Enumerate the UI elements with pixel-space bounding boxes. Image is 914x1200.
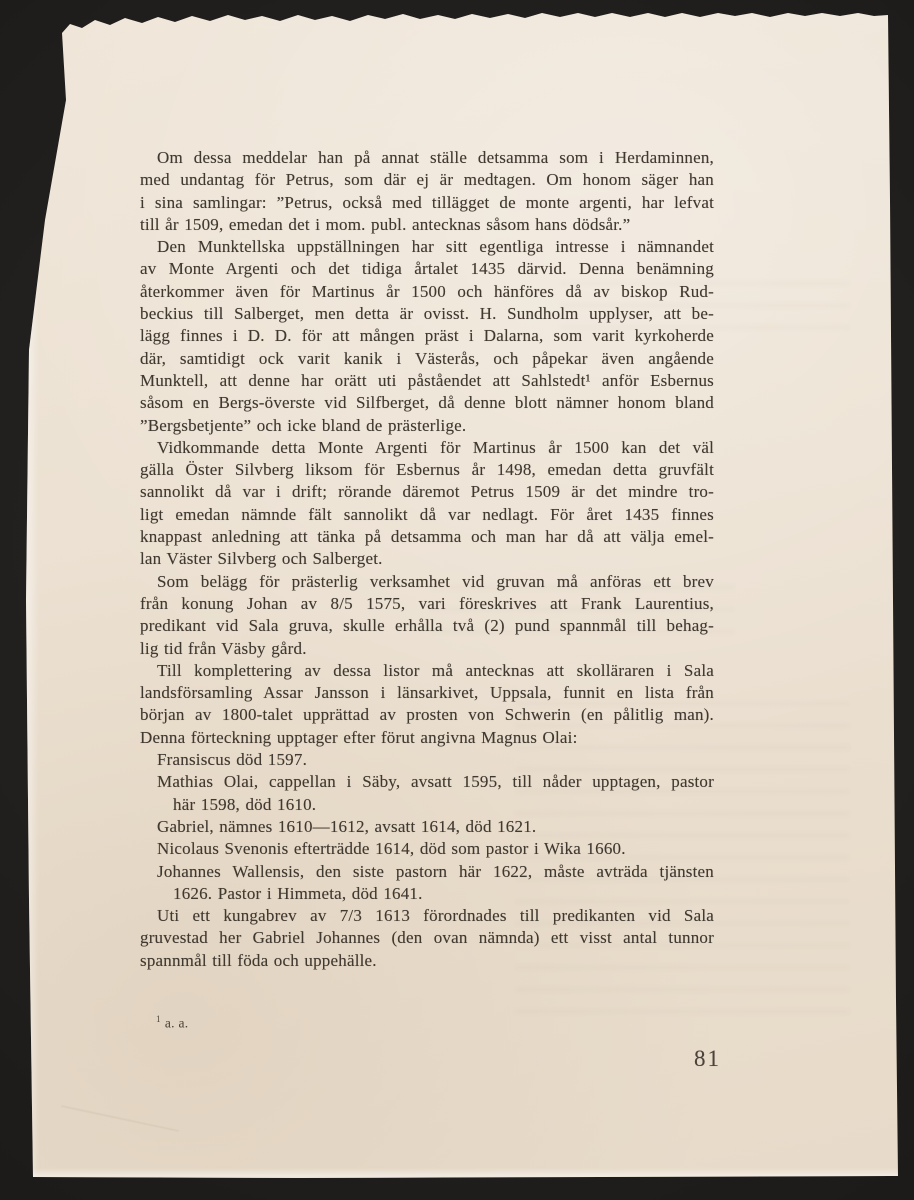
text-line: med undantag för Petrus, som där ej är m… xyxy=(140,169,714,191)
text-line: beckius till Salberget, men detta är ovi… xyxy=(140,303,714,325)
text-line: där, samtidigt ock varit kanik i Västerå… xyxy=(140,348,714,370)
text-line: från konung Johan av 8/5 1575, vari före… xyxy=(140,593,714,615)
text-line: Uti ett kungabrev av 7/3 1613 förordnade… xyxy=(140,905,714,927)
text-line: början av 1800-talet upprättad av proste… xyxy=(140,704,714,726)
text-line: Nicolaus Svenonis efterträdde 1614, död … xyxy=(140,838,714,860)
text-line: Johannes Wallensis, den siste pastorn hä… xyxy=(140,861,714,883)
list-item: Fransiscus död 1597. xyxy=(140,749,714,771)
text-line: sannolikt då var i drift; rörande däremo… xyxy=(140,481,714,503)
text-line: här 1598, död 1610. xyxy=(140,794,714,816)
footnote-text: a. a. xyxy=(165,1016,189,1031)
list-item: Johannes Wallensis, den siste pastorn hä… xyxy=(140,861,714,906)
text-block: Om dessa meddelar han på annat ställe de… xyxy=(140,147,714,972)
text-line: till år 1509, emedan det i mom. publ. an… xyxy=(140,214,714,236)
paragraph: Uti ett kungabrev av 7/3 1613 förordnade… xyxy=(140,905,714,972)
page-number: 81 xyxy=(694,1046,721,1072)
book-page: Om dessa meddelar han på annat ställe de… xyxy=(0,0,914,1200)
text-line: landsförsamling Assar Jansson i länsarki… xyxy=(140,682,714,704)
text-line: återkommer även för Martinus år 1500 och… xyxy=(140,281,714,303)
text-line: gälla Öster Silvberg liksom för Esbernus… xyxy=(140,459,714,481)
text-line: såsom en Bergs-överste vid Silfberget, d… xyxy=(140,392,714,414)
paragraph: Den Munktellska uppställningen har sitt … xyxy=(140,236,714,437)
text-line: Vidkommande detta Monte Argenti för Mart… xyxy=(140,437,714,459)
paragraph: Till komplettering av dessa listor må an… xyxy=(140,660,714,749)
paragraph: Som belägg för prästerlig verksamhet vid… xyxy=(140,571,714,660)
paragraph: Om dessa meddelar han på annat ställe de… xyxy=(140,147,714,236)
text-line: av Monte Argenti och det tidiga årtalet … xyxy=(140,258,714,280)
text-line: knappast anledning att tänka på detsamma… xyxy=(140,526,714,548)
list-item: Gabriel, nämnes 1610—1612, avsatt 1614, … xyxy=(140,816,714,838)
text-line: lig tid från Väsby gård. xyxy=(140,638,714,660)
footnote: 1a. a. xyxy=(156,1014,188,1032)
list-item: Mathias Olai, cappellan i Säby, avsatt 1… xyxy=(140,771,714,816)
list-item: Nicolaus Svenonis efterträdde 1614, död … xyxy=(140,838,714,860)
text-line: spannmål till föda och uppehälle. xyxy=(140,950,714,972)
text-line: Om dessa meddelar han på annat ställe de… xyxy=(140,147,714,169)
text-line: Mathias Olai, cappellan i Säby, avsatt 1… xyxy=(140,771,714,793)
text-line: Den Munktellska uppställningen har sitt … xyxy=(140,236,714,258)
text-line: Fransiscus död 1597. xyxy=(140,749,714,771)
paper-left-edge-highlight xyxy=(25,30,39,1180)
paragraph: Vidkommande detta Monte Argenti för Mart… xyxy=(140,437,714,571)
text-line: predikant vid Sala gruva, skulle erhålla… xyxy=(140,615,714,637)
paper-bottom-edge-highlight xyxy=(30,1168,898,1178)
text-line: i sina samlingar: ”Petrus, också med til… xyxy=(140,192,714,214)
text-line: Gabriel, nämnes 1610—1612, avsatt 1614, … xyxy=(140,816,714,838)
text-line: 1626. Pastor i Himmeta, död 1641. xyxy=(140,883,714,905)
text-line: lägg finnes i D. D. för att mången präst… xyxy=(140,325,714,347)
footnote-marker: 1 xyxy=(156,1014,161,1024)
text-line: Denna förteckning upptager efter förut a… xyxy=(140,727,714,749)
scanned-book-photo: Om dessa meddelar han på annat ställe de… xyxy=(0,0,914,1200)
text-line: Som belägg för prästerlig verksamhet vid… xyxy=(140,571,714,593)
pencil-scratch xyxy=(61,1106,179,1132)
text-line: ligt emedan nämnde fält sannolikt då var… xyxy=(140,504,714,526)
text-line: lan Väster Silvberg och Salberget. xyxy=(140,548,714,570)
text-line: Till komplettering av dessa listor må an… xyxy=(140,660,714,682)
text-line: ”Bergsbetjente” och icke bland de präste… xyxy=(140,415,714,437)
text-line: gruvestad her Gabriel Johannes (den ovan… xyxy=(140,927,714,949)
text-line: Munktell, att denne har orätt uti påståe… xyxy=(140,370,714,392)
